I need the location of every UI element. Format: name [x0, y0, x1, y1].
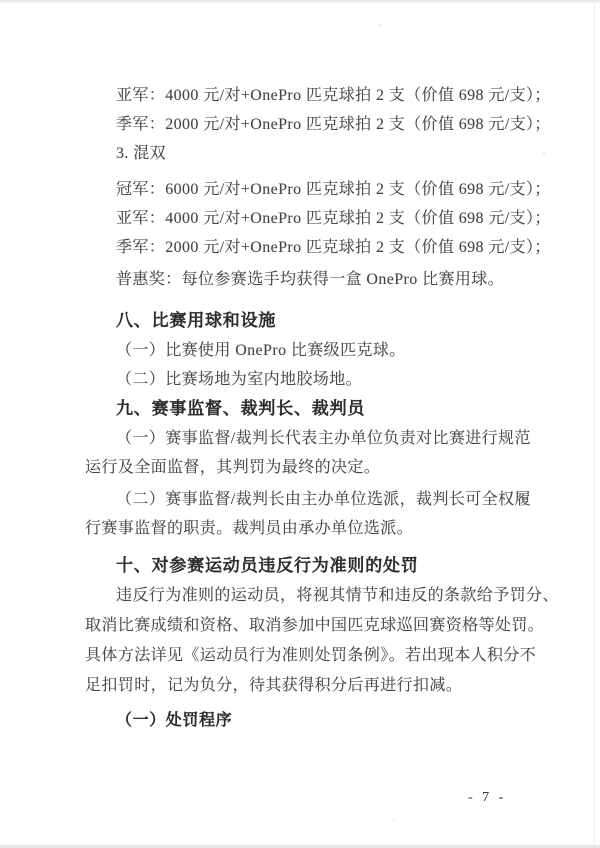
subsection-heading-penalty-procedure: （一）处罚程序 [85, 706, 545, 735]
body-line: 行赛事监督的职责。裁判员由承办单位选派。 [85, 514, 545, 543]
prize-line-champion: 冠军：6000 元/对+OnePro 匹克球拍 2 支（价值 698 元/支）； [85, 175, 545, 204]
document-body: 亚军：4000 元/对+OnePro 匹克球拍 2 支（价值 698 元/支）；… [85, 81, 545, 735]
prize-line-runner-up: 亚军：4000 元/对+OnePro 匹克球拍 2 支（价值 698 元/支）； [85, 204, 545, 233]
scan-edge-right [594, 0, 595, 848]
body-line: 违反行为准则的运动员，将视其情节和违反的条款给予罚分、 [85, 581, 545, 611]
body-line: 取消比赛成绩和资格、取消参加中国匹克球巡回赛资格等处罚。 [85, 611, 545, 641]
body-line: 运行及全面监督，其判罚为最终的决定。 [85, 453, 545, 482]
section-heading-nine: 九、赛事监督、裁判长、裁判员 [85, 394, 545, 424]
page-number: - 7 - [468, 790, 506, 806]
body-line: （一）赛事监督/裁判长代表主办单位负责对比赛进行规范 [85, 424, 545, 453]
prize-line-runner-up: 亚军：4000 元/对+OnePro 匹克球拍 2 支（价值 698 元/支）； [85, 81, 545, 110]
scan-speck [379, 24, 382, 27]
scan-speck [393, 818, 396, 821]
body-line: （二）比赛场地为室内地胶场地。 [85, 365, 545, 394]
section-heading-ten: 十、对参赛运动员违反行为准则的处罚 [85, 551, 545, 581]
scanned-document-page: 亚军：4000 元/对+OnePro 匹克球拍 2 支（价值 698 元/支）；… [0, 0, 600, 848]
section-heading-eight: 八、比赛用球和设施 [85, 306, 545, 336]
list-item-mixed-doubles: 3. 混双 [85, 139, 545, 168]
body-line: 足扣罚时，记为负分，待其获得积分后再进行扣减。 [85, 671, 545, 701]
prize-line-third-place: 季军：2000 元/对+OnePro 匹克球拍 2 支（价值 698 元/支）； [85, 110, 545, 139]
body-line: 具体方法详见《运动员行为准则处罚条例》。若出现本人积分不 [85, 641, 545, 671]
body-line: （二）赛事监督/裁判长由主办单位选派，裁判长可全权履 [85, 485, 545, 514]
scan-edge-top [0, 0, 600, 3]
prize-line-third-place: 季军：2000 元/对+OnePro 匹克球拍 2 支（价值 698 元/支）； [85, 233, 545, 262]
prize-line-participation-award: 普惠奖：每位参赛选手均获得一盒 OnePro 比赛用球。 [85, 265, 545, 294]
body-line: （一）比赛使用 OnePro 比赛级匹克球。 [85, 336, 545, 365]
